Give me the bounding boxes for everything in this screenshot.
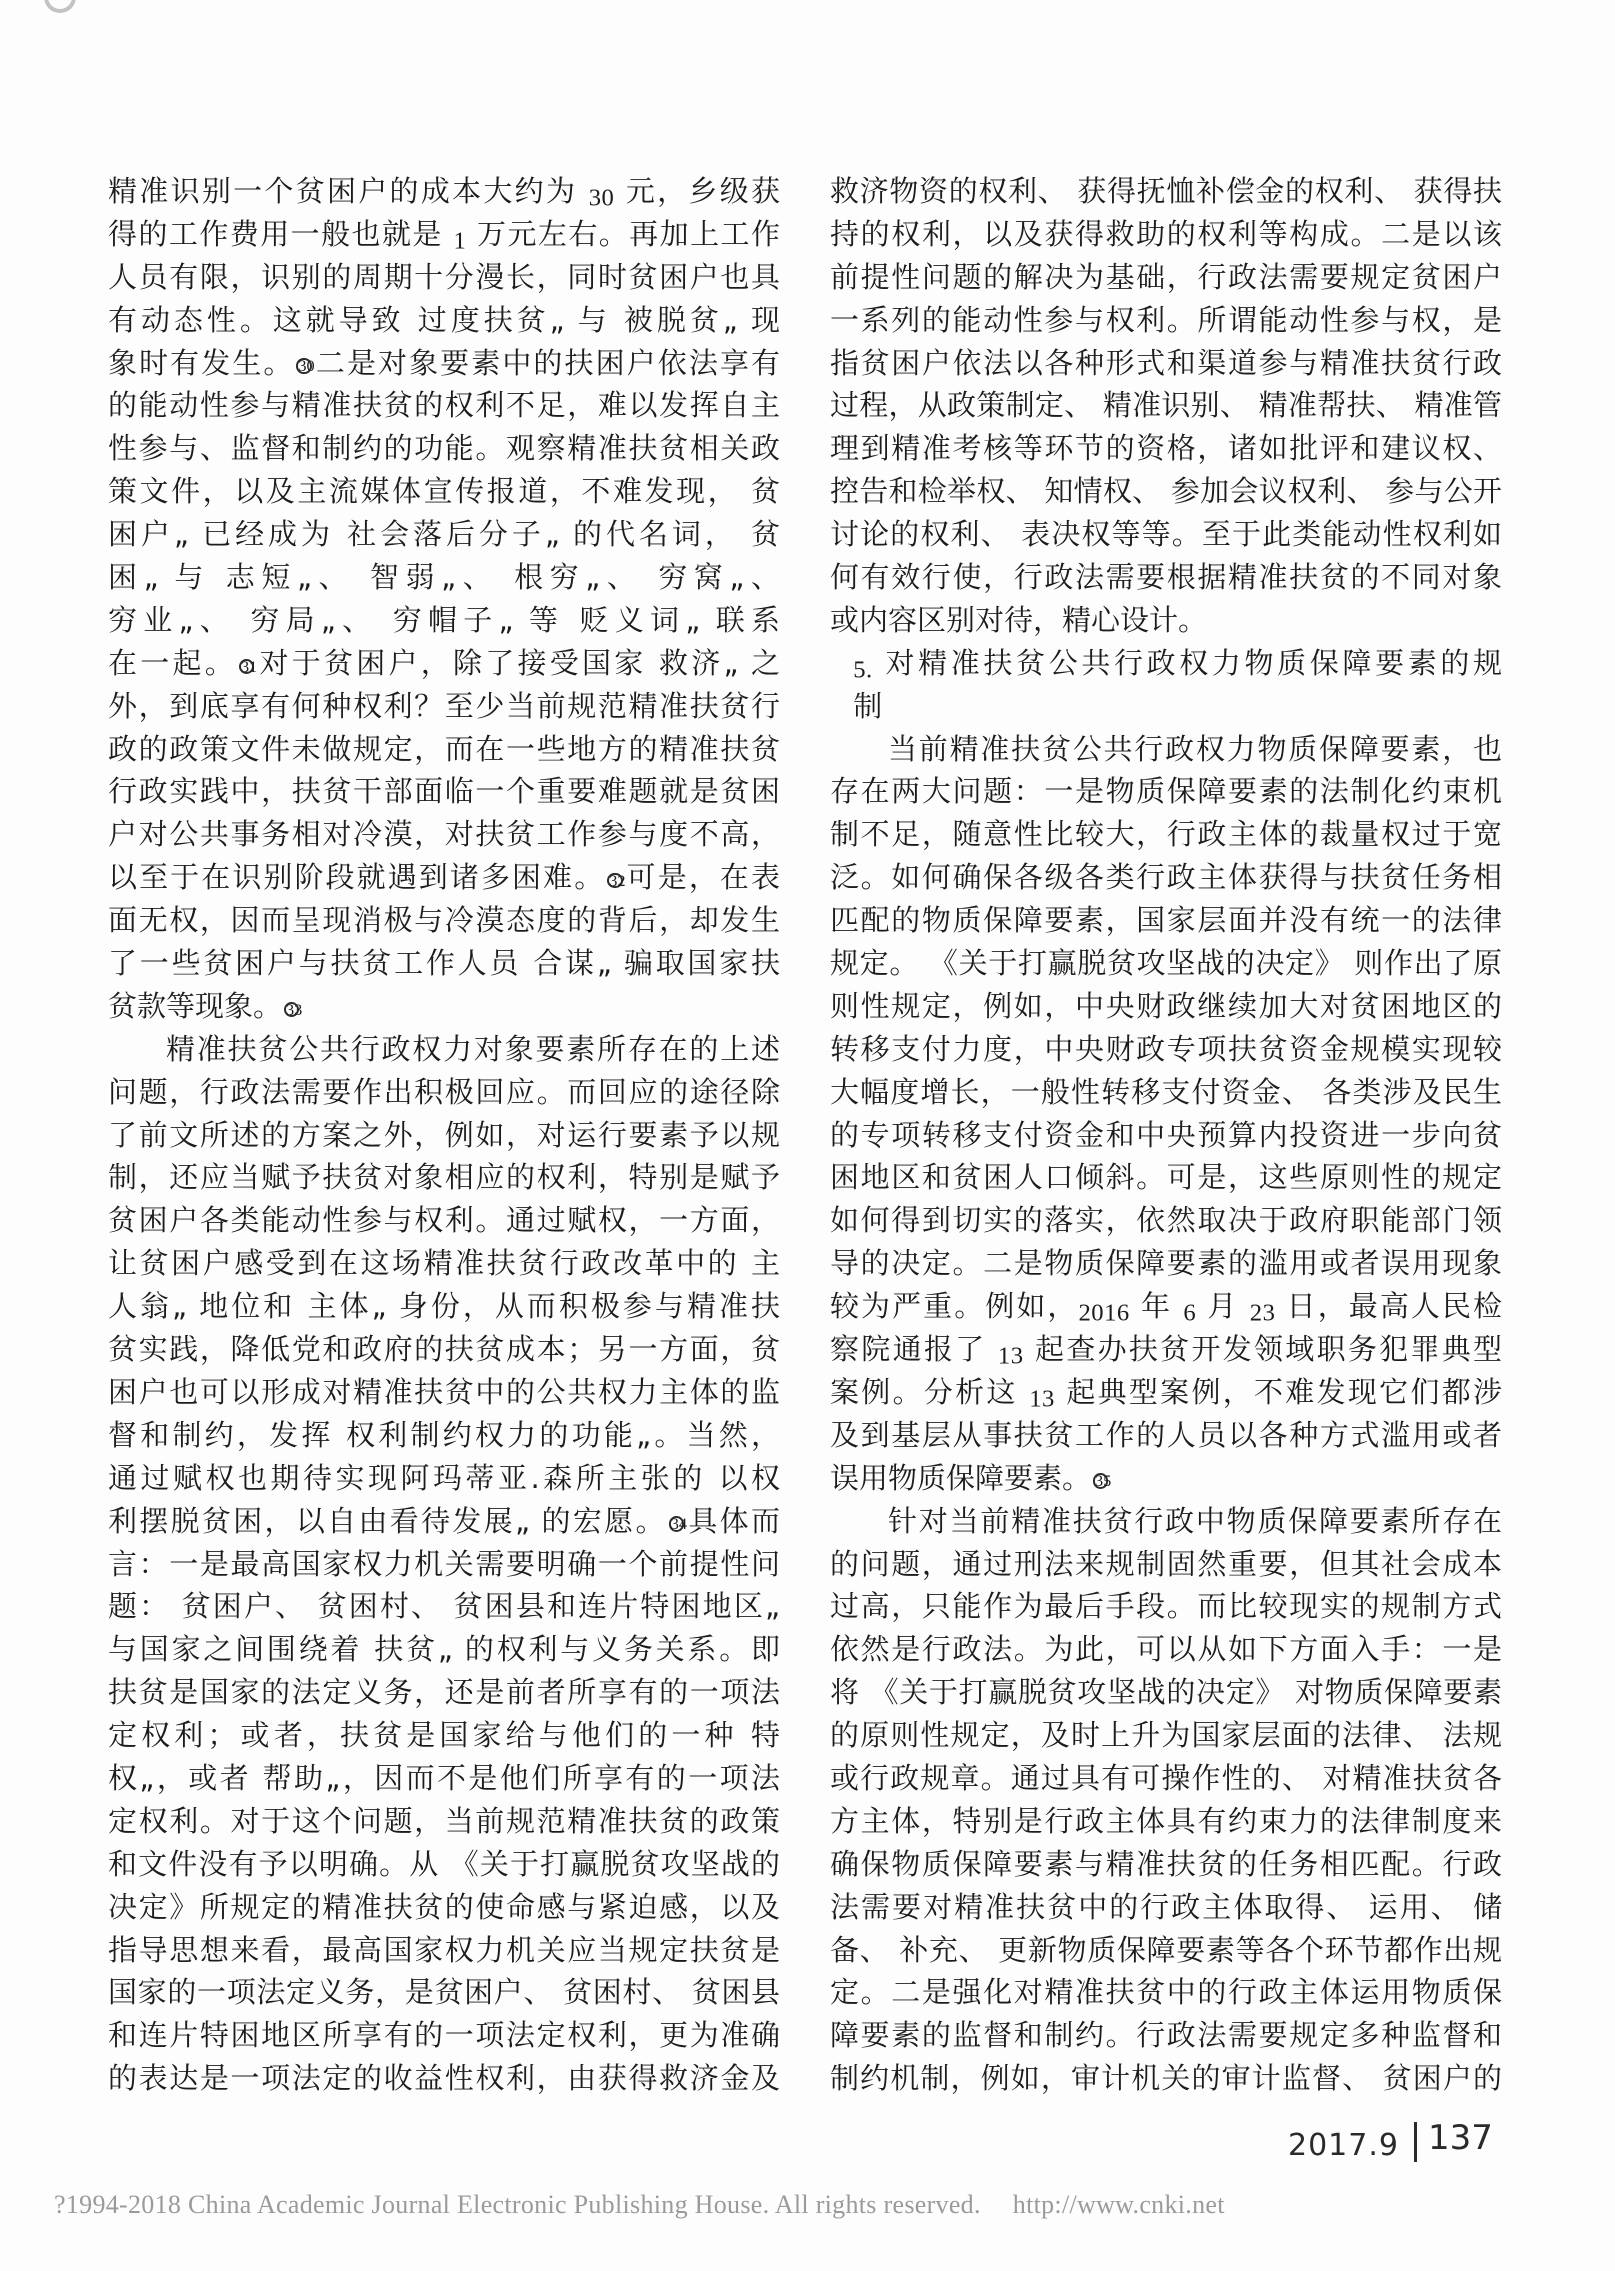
scan-number: 6 <box>1183 1300 1196 1327</box>
scan-number: 2016 <box>1078 1300 1129 1327</box>
text-line: 面无权，因而呈现消极与冷漠态度的背后，却发生 <box>108 899 780 942</box>
copyright-url: http://www.cnki.net <box>1013 2190 1225 2219</box>
text-line: 问题，行政法需要作出积极回应。而回应的途径除 <box>108 1071 780 1114</box>
text-line: 导的决定。二是物质保障要素的滥用或者误用现象 <box>830 1242 1502 1285</box>
text-line: 察院通报了 13 起查办扶贫开发领域职务犯罪典型 <box>830 1328 1502 1371</box>
text-line: 的专项转移支付资金和中央预算内投资进一步向贫 <box>830 1114 1502 1157</box>
text-line: 在一起。31对于贫困户，除了接受国家 救济„ 之 <box>108 642 780 685</box>
text-line: 人员有限，识别的周期十分漫长，同时贫困户也具 <box>108 256 780 299</box>
text-line: 过程，从政策制定、 精准识别、 精准帮扶、 精准管 <box>830 384 1502 427</box>
text-line: 策文件，以及主流媒体宣传报道，不难发现， 贫 <box>108 470 780 513</box>
footnote-marker: 35 <box>1093 1473 1108 1488</box>
scan-number: 23 <box>1250 1300 1276 1327</box>
scan-number: 5. <box>853 656 872 683</box>
scan-number: 13 <box>998 1342 1024 1369</box>
text-line: 以至于在识别阶段就遇到诸多困难。32可是，在表 <box>108 856 780 899</box>
text-line: 困户也可以形成对精准扶贫中的公共权力主体的监 <box>108 1371 780 1414</box>
page-footer: 2017.9 137 <box>1288 2118 1493 2163</box>
text-line: 了前文所述的方案之外，例如，对运行要素予以规 <box>108 1114 780 1157</box>
text-line: 户对公共事务相对冷漠，对扶贫工作参与度不高， <box>108 813 780 856</box>
text-line: 精准识别一个贫困户的成本大约为 30 元，乡级获 <box>108 170 780 213</box>
text-line: 一系列的能动性参与权利。所谓能动性参与权，是 <box>830 299 1502 342</box>
text-line: 存在两大问题：一是物质保障要素的法制化约束机 <box>830 770 1502 813</box>
text-line: 困„ 与 志短„、 智弱„、 根穷„、 穷窝„、 <box>108 556 780 599</box>
text-line: 国家的一项法定义务，是贫困户、 贫困村、 贫困县 <box>108 1971 780 2014</box>
text-line: 当前精准扶贫公共行政权力物质保障要素，也 <box>830 728 1502 771</box>
left-column: 精准识别一个贫困户的成本大约为 30 元，乡级获得的工作费用一般也就是 1 万元… <box>108 170 780 2100</box>
text-line: 困地区和贫困人口倾斜。可是，这些原则性的规定 <box>830 1156 1502 1199</box>
text-line: 制 <box>830 685 1502 728</box>
text-line: 匹配的物质保障要素，国家层面并没有统一的法律 <box>830 899 1502 942</box>
text-line: 法需要对精准扶贫中的行政主体取得、 运用、 储 <box>830 1886 1502 1929</box>
text-line: 言：一是最高国家权力机关需要明确一个前提性问 <box>108 1543 780 1586</box>
text-line: 政的政策文件未做规定，而在一些地方的精准扶贫 <box>108 728 780 771</box>
text-line: 和连片特困地区所享有的一项法定权利，更为准确 <box>108 2014 780 2057</box>
text-line: 外，到底享有何种权利？至少当前规范精准扶贫行 <box>108 685 780 728</box>
text-line: 制不足，随意性比较大，行政主体的裁量权过于宽 <box>830 813 1502 856</box>
footnote-marker: 33 <box>284 1002 299 1017</box>
copyright-text: ?1994-2018 China Academic Journal Electr… <box>54 2190 981 2219</box>
text-line: 误用物质保障要素。35 <box>830 1457 1502 1500</box>
text-line: 人翁„ 地位和 主体„ 身份，从而积极参与精准扶 <box>108 1285 780 1328</box>
text-line: 贫实践，降低党和政府的扶贫成本；另一方面，贫 <box>108 1328 780 1371</box>
footnote-marker: 30 <box>296 358 311 373</box>
text-line: 了一些贫困户与扶贫工作人员 合谋„ 骗取国家扶 <box>108 942 780 985</box>
text-line: 和文件没有予以明确。从 《关于打赢脱贫攻坚战的 <box>108 1843 780 1886</box>
text-line: 持的权利，以及获得救助的权利等构成。二是以该 <box>830 213 1502 256</box>
text-line: 障要素的监督和制约。行政法需要规定多种监督和 <box>830 2014 1502 2057</box>
text-line: 讨论的权利、 表决权等等。至于此类能动性权利如 <box>830 513 1502 556</box>
text-line: 指导思想来看，最高国家权力机关应当规定扶贫是 <box>108 1929 780 1972</box>
text-line: 的表达是一项法定的收益性权利，由获得救济金及 <box>108 2057 780 2100</box>
text-line: 规定。 《关于打赢脱贫攻坚战的决定》 则作出了原 <box>830 942 1502 985</box>
text-line: 前提性问题的解决为基础，行政法需要规定贫困户 <box>830 256 1502 299</box>
text-line: 或内容区别对待，精心设计。 <box>830 599 1502 642</box>
text-line: 让贫困户感受到在这场精准扶贫行政改革中的 主 <box>108 1242 780 1285</box>
text-line: 制，还应当赋予扶贫对象相应的权利，特别是赋予 <box>108 1156 780 1199</box>
text-line: 大幅度增长，一般性转移支付资金、 各类涉及民生 <box>830 1071 1502 1114</box>
text-line: 案例。分析这 13 起典型案例，不难发现它们都涉 <box>830 1371 1502 1414</box>
text-line: 贫款等现象。33 <box>108 985 780 1028</box>
footnote-marker: 31 <box>239 659 254 674</box>
page-number: 137 <box>1428 2118 1493 2158</box>
text-line: 理到精准考核等环节的资格，诸如批评和建议权、 <box>830 427 1502 470</box>
text-line: 督和制约，发挥 权利制约权力的功能„。当然， <box>108 1414 780 1457</box>
scan-number: 1 <box>454 227 467 254</box>
text-line: 性参与、监督和制约的功能。观察精准扶贫相关政 <box>108 427 780 470</box>
text-line: 的原则性规定，及时上升为国家层面的法律、 法规 <box>830 1714 1502 1757</box>
text-line: 及到基层从事扶贫工作的人员以各种方式滥用或者 <box>830 1414 1502 1457</box>
text-line: 备、 补充、 更新物质保障要素等各个环节都作出规 <box>830 1929 1502 1972</box>
text-line: 决定》所规定的精准扶贫的使命感与紧迫感，以及 <box>108 1886 780 1929</box>
right-column: 救济物资的权利、 获得抚恤补偿金的权利、 获得扶持的权利，以及获得救助的权利等构… <box>830 170 1502 2100</box>
footer-divider <box>1414 2122 1417 2162</box>
journal-issue: 2017.9 <box>1288 2118 1399 2163</box>
text-line: 行政实践中，扶贫干部面临一个重要难题就是贫困 <box>108 770 780 813</box>
text-line: 象时有发生。30二是对象要素中的扶困户依法享有 <box>108 342 780 385</box>
text-line: 较为严重。例如，2016 年 6 月 23 日，最高人民检 <box>830 1285 1502 1328</box>
text-line: 控告和检举权、 知情权、 参加会议权利、 参与公开 <box>830 470 1502 513</box>
footnote-marker: 34 <box>669 1516 684 1531</box>
text-line: 通过赋权也期待实现阿玛蒂亚.森所主张的 以权 <box>108 1457 780 1500</box>
text-line: 过高，只能作为最后手段。而比较现实的规制方式 <box>830 1585 1502 1628</box>
text-line: 的能动性参与精准扶贫的权利不足，难以发挥自主 <box>108 384 780 427</box>
text-line: 定权利。对于这个问题，当前规范精准扶贫的政策 <box>108 1800 780 1843</box>
text-line: 困户„ 已经成为 社会落后分子„ 的代名词， 贫 <box>108 513 780 556</box>
text-line: 制约机制，例如，审计机关的审计监督、 贫困户的 <box>830 2057 1502 2100</box>
text-line: 利摆脱贫困，以自由看待发展„ 的宏愿。34具体而 <box>108 1500 780 1543</box>
text-line: 确保物质保障要素与精准扶贫的任务相匹配。行政 <box>830 1843 1502 1886</box>
footnote-marker: 32 <box>607 873 622 888</box>
text-line: 方主体，特别是行政主体具有约束力的法律制度来 <box>830 1800 1502 1843</box>
text-line: 有动态性。这就导致 过度扶贫„ 与 被脱贫„ 现 <box>108 299 780 342</box>
text-line: 贫困户各类能动性参与权利。通过赋权，一方面， <box>108 1199 780 1242</box>
text-line: 则性规定，例如，中央财政继续加大对贫困地区的 <box>830 985 1502 1028</box>
text-line: 定。二是强化对精准扶贫中的行政主体运用物质保 <box>830 1971 1502 2014</box>
text-line: 穷业„、 穷局„、 穷帽子„ 等 贬义词„ 联系 <box>108 599 780 642</box>
text-line: 的问题，通过刑法来规制固然重要，但其社会成本 <box>830 1543 1502 1586</box>
text-line: 5. 对精准扶贫公共行政权力物质保障要素的规 <box>830 642 1502 685</box>
scan-number: 30 <box>589 184 615 211</box>
text-line: 如何得到切实的落实，依然取决于政府职能部门领 <box>830 1199 1502 1242</box>
text-line: 依然是行政法。为此，可以从如下方面入手：一是 <box>830 1628 1502 1671</box>
text-line: 将 《关于打赢脱贫攻坚战的决定》 对物质保障要素 <box>830 1671 1502 1714</box>
text-line: 定权利；或者，扶贫是国家给与他们的一种 特 <box>108 1714 780 1757</box>
text-line: 题： 贫困户、 贫困村、 贫困县和连片特困地区„ <box>108 1585 780 1628</box>
text-line: 与国家之间围绕着 扶贫„ 的权利与义务关系。即 <box>108 1628 780 1671</box>
scan-number: 13 <box>1029 1385 1055 1412</box>
text-line: 泛。如何确保各级各类行政主体获得与扶贫任务相 <box>830 856 1502 899</box>
text-line: 指贫困户依法以各种形式和渠道参与精准扶贫行政 <box>830 342 1502 385</box>
text-line: 何有效行使，行政法需要根据精准扶贫的不同对象 <box>830 556 1502 599</box>
text-line: 扶贫是国家的法定义务，还是前者所享有的一项法 <box>108 1671 780 1714</box>
text-line: 权„，或者 帮助„，因而不是他们所享有的一项法 <box>108 1757 780 1800</box>
scan-artifact <box>44 0 76 13</box>
copyright-notice: ?1994-2018 China Academic Journal Electr… <box>54 2190 1225 2220</box>
text-line: 针对当前精准扶贫行政中物质保障要素所存在 <box>830 1500 1502 1543</box>
text-line: 或行政规章。通过具有可操作性的、 对精准扶贫各 <box>830 1757 1502 1800</box>
text-line: 转移支付力度，中央财政专项扶贫资金规模实现较 <box>830 1028 1502 1071</box>
text-line: 得的工作费用一般也就是 1 万元左右。再加上工作 <box>108 213 780 256</box>
text-line: 救济物资的权利、 获得抚恤补偿金的权利、 获得扶 <box>830 170 1502 213</box>
text-line: 精准扶贫公共行政权力对象要素所存在的上述 <box>108 1028 780 1071</box>
